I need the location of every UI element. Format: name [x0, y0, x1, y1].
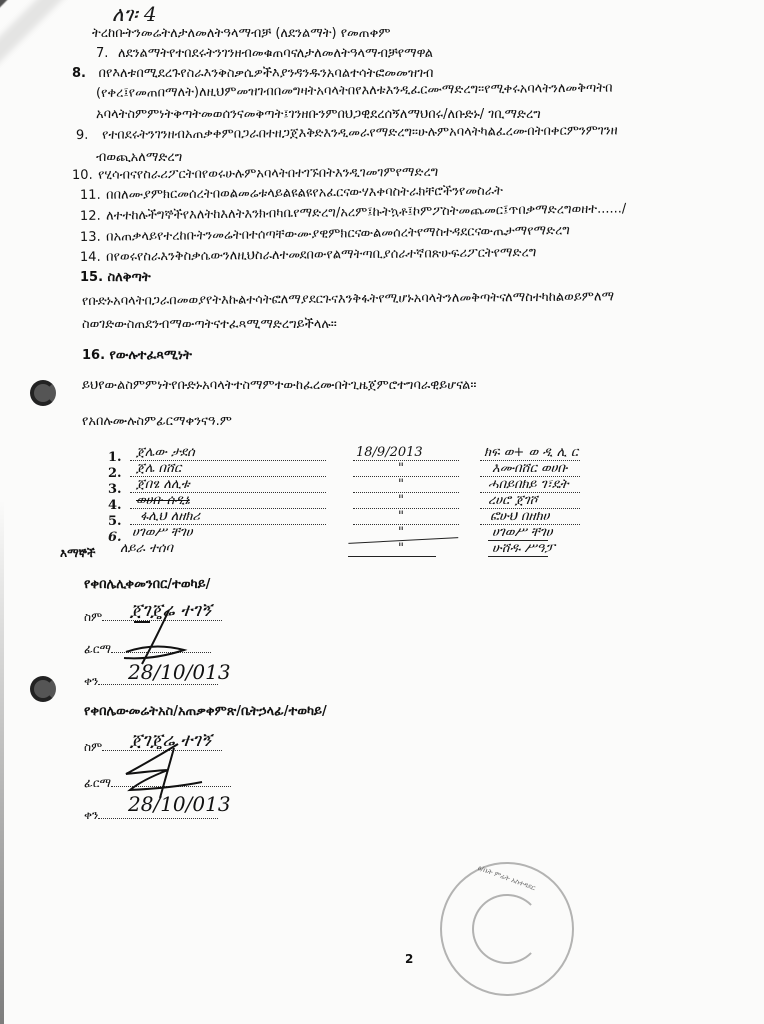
item-8-line-2: (የቀረ፤የመጠበማለት)ለዚህምመዝገብበመግዛትአባላትበየእለቱእንዲፈር…: [96, 81, 613, 101]
item-number: 12.: [80, 209, 102, 224]
item-text: በየእለቱበሚደረጉየስራእንቅስቃሴዎችእያንዳንዱንአባልተሳትፎመመዝገብ: [99, 66, 434, 81]
item-11: 11. በበለሙያምክርመሰረትበወልመሬቱላይልዩልዩየአፈርናውሃእቀባስት…: [80, 184, 503, 203]
item-9: 9. የተበደሩትንገንዘብአጠቃቀምበጋራበተዘጋጀእቅድእንዲመራየማድረግ…: [76, 123, 618, 143]
item-number: 13.: [80, 230, 102, 245]
item-7: 7.ለደንልማትየተበደሩትንገንዘብመቁጠባናለታለመለትዓላማብቻየማዋል: [96, 46, 433, 61]
name-label: ስም: [84, 740, 102, 755]
date-value: 28/10/013: [128, 660, 231, 684]
date-label: ቀን: [84, 808, 98, 823]
item-text: ለተተከሉችግኞችየእለትከእለትእንክብካቤየማድረግ/አረም፤ኩትኳቶ፤ኮም…: [106, 201, 626, 223]
item-14: 14. በየወሩየስራእንቅስቃሴውንለዚህስራለተመደበውየልማትጣቢያሰራተ…: [80, 245, 536, 265]
item-number: 9.: [76, 128, 98, 143]
member-name: ወሀቡ ሰዲኔ: [136, 493, 190, 508]
witness-name: ለይራ ተሰባ: [120, 541, 173, 556]
item-number: 11.: [80, 188, 102, 203]
member-number: 5.: [108, 514, 122, 529]
member-signature: ሀገወሥ ቸገሀ: [492, 525, 553, 540]
member-signature: እሙበሸር ወሀቡ: [492, 461, 567, 476]
item-number: 14.: [80, 250, 102, 265]
witness-signature: ሁሸዱ ሥዓፓ: [492, 541, 555, 556]
member-date: ": [398, 525, 404, 540]
item-8: 8. በየእለቱበሚደረጉየስራእንቅስቃሴዎችእያንዳንዱንአባልተሳትፎመመ…: [72, 66, 434, 81]
section-16-text: ይህየውልስምምነትየቡድኑአባላትተስማምተውከፈረሙበትጊዜጀምሮተግባራዊ…: [82, 378, 476, 393]
member-signature: ረሀሮ ጀገሾ: [488, 493, 538, 508]
item-10: 10. የሂሳብናየስራሪፖርትበየወሩሁሉምአባላትበተገኙበትእንዲገመገም…: [72, 165, 438, 183]
dotted-line: [353, 464, 459, 477]
punch-hole: [30, 380, 56, 406]
land-office-date-field: ቀን 28/10/013: [84, 808, 218, 823]
member-name: ሀገወሥ ቸገሀ: [132, 525, 193, 540]
member-date: ": [398, 509, 404, 524]
name-label: ስም: [84, 610, 102, 625]
intro-line: ትረከቡትንመሬትለታለመለትዓላማብቻ (ለደንልማት) የመጠቀም: [92, 26, 390, 41]
land-office-heading: የቀበሌውመሬትአስ/አጠቃቀምጽ/ቤትኃላፊ/ተወካይ/: [84, 704, 327, 719]
signature-scribble: [112, 740, 212, 800]
witness-row: እማኞች ለይራ ተሰባ " ሁሸዱ ሥዓፓ: [60, 544, 620, 559]
item-text: የተበደሩትንገንዘብአጠቃቀምበጋራበተዘጋጀእቅድእንዲመራየማድረግ።ሁሉ…: [102, 123, 618, 142]
kebele-chairman-heading: የቀበሌሊቀመንበር/ተወካይ/: [84, 577, 210, 592]
official-stamp: ፅ/ቤት ምሬት አስተዳደር: [440, 862, 574, 996]
item-text: በበለሙያምክርመሰረትበወልመሬቱላይልዩልዩየአፈርናውሃእቀባስትራክቸሮ…: [106, 184, 503, 203]
page-edge-shadow: [0, 500, 4, 1024]
date-value: 28/10/013: [128, 792, 231, 816]
item-12: 12. ለተተከሉችግኞችየእለትከእለትእንክብካቤየማድረግ/አረም፤ኩትኳ…: [80, 201, 626, 224]
land-office-signature-field: ፊርማ: [84, 776, 231, 791]
member-date: ": [398, 493, 404, 508]
witness-label: እማኞች: [60, 546, 96, 561]
member-name: ፋሊህ ለዘክሪ: [140, 509, 200, 524]
item-text: ለደንልማትየተበደሩትንገንዘብመቁጠባናለታለመለትዓላማብቻየማዋል: [118, 46, 433, 61]
section-15-heading: 15. ስለቅጣት: [80, 270, 151, 285]
item-9-line-2: ብወጪአለማድረግ: [96, 150, 182, 165]
member-row: 2. ጀሌ በሸር " እሙበሸር ወሀቡ: [108, 464, 668, 479]
member-signature: ፎሁህ በዘክሀ: [490, 509, 549, 524]
item-text: በአጠቃላይየተረከቡትንመሬትበተሰጣቸውሙያዊምክርናውልመሰረትየማስተዳ…: [106, 223, 570, 244]
signature-label: ፊርማ: [84, 642, 111, 657]
member-name: ጀበፄ ለሊቱ: [136, 477, 190, 492]
member-row: 6. ሀገወሥ ቸገሀ " ሀገወሥ ቸገሀ: [108, 528, 668, 543]
item-number: 7.: [96, 46, 118, 61]
member-number: 1.: [108, 450, 122, 465]
section-15-line-1: የቡድኑአባላትበጋራበመወያየትእኩልተሳትፎለማያደርጉናእንቅፋትየሚሆኑ…: [82, 289, 614, 309]
stamp-inner-ring: [472, 894, 542, 964]
member-number: 2.: [108, 466, 122, 481]
underline: [348, 544, 436, 557]
member-date: ": [398, 477, 404, 492]
section-15-line-2: ስወገድውስጠደንብማውጣትናተፈጻሚማድረግይችላሉ።: [82, 317, 337, 332]
dotted-line: [353, 512, 459, 525]
witness-date: ": [398, 541, 404, 556]
member-row: 3. ጀበፄ ለሊቱ " ሓበይበክይ ገ፣ዴት: [108, 480, 668, 495]
kebele-chairman-date-field: ቀን 28/10/013: [84, 674, 218, 689]
members-heading: የአበሉሙሉስምፊርማቀንናዓ.ም: [82, 414, 232, 429]
item-8-line-3: አባላትስምምነትቅጣትመወሰንናመቅጣት፤ገንዘቡንምበህጋዊደረሰኝለማህበ…: [96, 107, 541, 122]
item-13: 13. በአጠቃላይየተረከቡትንመሬትበተሰጣቸውሙያዊምክርናውልመሰረትየ…: [80, 223, 570, 245]
member-row: 1. ጀሌው ታደሰ 18/9/2013 ክፍ ወ+ ወ ዲ ሊ ር: [108, 448, 668, 463]
dotted-line: [353, 480, 459, 493]
page-number: 2: [405, 952, 413, 966]
section-16-heading: 16. የውሉተፈጻሚነት: [82, 348, 192, 363]
punch-hole: [30, 676, 56, 702]
member-number: 3.: [108, 482, 122, 497]
item-text: በየወሩየስራእንቅስቃሴውንለዚህስራለተመደበውየልማትጣቢያሰራተኛበጽሁ…: [106, 245, 536, 265]
document-page: ለገ፡ 4 ትረከቡትንመሬትለታለመለትዓላማብቻ (ለደንልማት) የመጠቀ…: [0, 0, 764, 1024]
kebele-chairman-signature-field: ፊርማ: [84, 642, 211, 657]
item-number: 10.: [72, 168, 94, 183]
member-name: ጀሌው ታደሰ: [136, 445, 195, 460]
member-signature: ክፍ ወ+ ወ ዲ ሊ ር: [484, 445, 578, 460]
member-date: 18/9/2013: [356, 445, 423, 460]
handwritten-page-label: ለገ፡ 4: [112, 2, 157, 26]
stamp-text: ፅ/ቤት ምሬት አስተዳደር: [476, 864, 536, 893]
date-label: ቀን: [84, 674, 98, 689]
dotted-line: [353, 496, 459, 509]
signature-label: ፊርማ: [84, 776, 111, 791]
member-number: 4.: [108, 498, 122, 513]
member-date: ": [398, 461, 404, 476]
member-name: ጀሌ በሸር: [136, 461, 181, 476]
item-number: 8.: [72, 66, 94, 81]
member-signature: ሓበይበክይ ገ፣ዴት: [488, 477, 569, 492]
item-text: የሂሳብናየስራሪፖርትበየወሩሁሉምአባላትበተገኙበትእንዲገመገምየማድረ…: [98, 165, 438, 183]
